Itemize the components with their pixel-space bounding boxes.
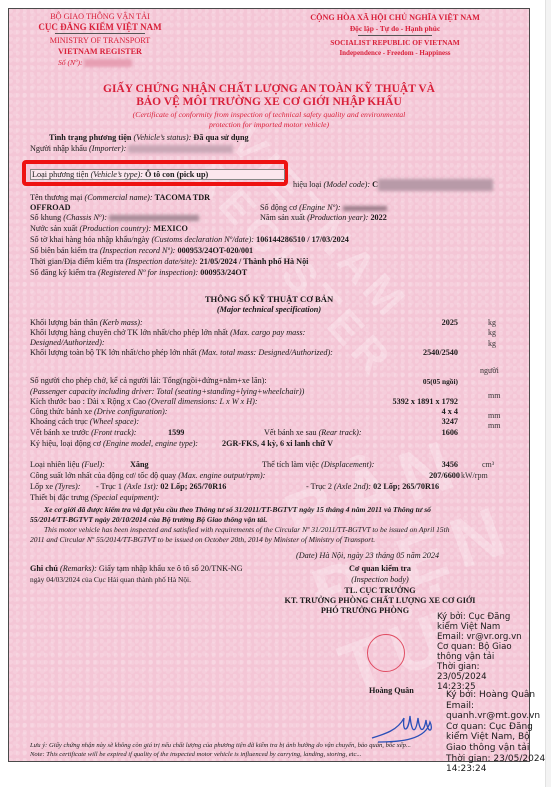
front-track-label: Vết bánh xe trước (Front track): bbox=[30, 428, 136, 437]
signer-name: Hoàng Quân bbox=[369, 686, 414, 695]
conformity-en-line2: 2011 and Circular Nº 55/2014/TT-BGTVT to… bbox=[30, 535, 375, 544]
dimension-value: 5392 x 1891 x 1792 bbox=[370, 397, 458, 406]
redacted-engine-number bbox=[343, 206, 387, 211]
total-mass-label: Khối lượng toàn bộ TK lớn nhất/cho phép … bbox=[30, 348, 333, 357]
department-en: VIETNAM REGISTER bbox=[40, 47, 160, 56]
wheel-space-label: Khoảng cách trục (Wheel space): bbox=[30, 417, 139, 426]
note-en: Note: This certificate will be expired i… bbox=[30, 751, 361, 758]
signatory-line1: TL. CỤC TRƯỞNG bbox=[300, 586, 460, 595]
certificate-subtitle-line1: (Certificate of conformity from inspecti… bbox=[8, 110, 530, 119]
drive-config-value: 4 x 4 bbox=[420, 407, 458, 416]
wheel-space-unit: mm bbox=[488, 411, 500, 420]
total-mass-unit: kg bbox=[488, 339, 496, 348]
model-code: hiệu loại (Model code): C bbox=[293, 179, 493, 191]
digital-signature-person: Ký bởi: Hoàng QuânEmail:quanh.vr@mt.gov.… bbox=[446, 690, 545, 775]
chassis-number: Số khung (Chassis Nº): bbox=[30, 213, 199, 222]
redacted-chassis-number bbox=[109, 215, 199, 221]
certificate-number: Số (Nº): bbox=[58, 58, 132, 67]
drive-config-label: Công thức bánh xe (Drive configuration): bbox=[30, 407, 167, 416]
motto-vn: Độc lập - Tự do - Hạnh phúc bbox=[290, 24, 500, 33]
passenger-unit: người bbox=[480, 366, 499, 375]
remarks: Ghi chú (Remarks): Giấy tạm nhập khẩu xe… bbox=[30, 564, 243, 573]
kerb-mass-unit: kg bbox=[488, 318, 496, 327]
redacted-model-code bbox=[378, 179, 493, 191]
customs-declaration: Số tờ khai hàng hóa nhập khẩu/ngày (Cust… bbox=[30, 235, 349, 244]
motto-en: Independence - Freedom - Happiness bbox=[290, 49, 500, 57]
note-vn: Lưu ý: Giấy chứng nhận này sẽ không còn … bbox=[30, 742, 411, 749]
rear-track-label: Vết bánh xe sau (Rear track): bbox=[264, 428, 362, 437]
engine-model-label: Ký hiệu, loại động cơ (Engine model, eng… bbox=[30, 439, 198, 448]
fuel-label: Loại nhiên liệu (Fuel): bbox=[30, 460, 105, 469]
official-stamp bbox=[367, 634, 405, 672]
conformity-en-line1: This motor vehicle has been inspected an… bbox=[44, 525, 450, 534]
spec-heading-en: (Major technical specification) bbox=[8, 305, 530, 314]
cargo-mass-label: Khối lượng hàng chuyên chở TK lớn nhất/c… bbox=[30, 328, 305, 337]
redacted-number bbox=[84, 59, 132, 67]
commercial-name-cont: OFFROAD bbox=[30, 203, 70, 212]
certificate-title-line2: BẢO VỆ MÔI TRƯỜNG XE CƠ GIỚI NHẬP KHẨU bbox=[8, 96, 530, 108]
digital-signature-org: Ký bởi: Cục Đăngkiểm Việt NamEmail: vr@v… bbox=[437, 612, 522, 692]
tyres-label: Lốp xe (Tyres): bbox=[30, 482, 80, 491]
conformity-vn-line2: 55/2014/TT-BGTVT ngày 20/10/2014 của Bộ … bbox=[30, 515, 267, 524]
displacement-unit: cm³ bbox=[482, 460, 494, 469]
dimension-label: Kích thước bao : Dài x Rộng x Cao (Overa… bbox=[30, 397, 258, 406]
department-vn: CỤC ĐĂNG KIỂM VIỆT NAM bbox=[28, 22, 172, 32]
divider bbox=[358, 35, 432, 36]
special-equipment-label: Thiết bị đặc trưng (Special equipment): bbox=[30, 493, 159, 502]
track-unit: mm bbox=[488, 421, 500, 430]
scrollbar[interactable] bbox=[545, 0, 551, 787]
inspection-date-site: Thời gian/Địa điểm kiểm tra (Inspection … bbox=[30, 257, 308, 266]
country-vn: CỘNG HÒA XÃ HỘI CHỦ NGHĨA VIỆT NAM bbox=[290, 13, 500, 22]
cargo-mass-label-cont: Designed/Authorized): bbox=[30, 338, 105, 347]
certificate-title-line1: GIẤY CHỨNG NHẬN CHẤT LƯỢNG AN TOÀN KỸ TH… bbox=[8, 83, 530, 95]
wheel-space-value: 3247 bbox=[420, 417, 458, 426]
total-mass-value: 2540/2540 bbox=[400, 348, 458, 357]
spec-heading: THÔNG SỐ KỸ THUẬT CƠ BẢN bbox=[8, 294, 530, 304]
ministry-vn: BỘ GIAO THÔNG VẬN TẢI bbox=[40, 12, 160, 21]
kerb-mass-value: 2025 bbox=[420, 318, 458, 327]
passenger-label: Số người cho phép chở, kể cả người lái: … bbox=[30, 376, 267, 385]
commercial-name: Tên thương mại (Commercial name): TACOMA… bbox=[30, 193, 210, 202]
redacted-importer bbox=[128, 145, 233, 153]
signatory-line3: PHÓ TRƯỞNG PHÒNG bbox=[300, 606, 430, 615]
fuel-value: Xăng bbox=[130, 460, 149, 469]
passenger-value: 05(05 ngồi) bbox=[400, 377, 458, 386]
vehicle-type: Loại phương tiện (Vehicle’s type): Ô tô … bbox=[32, 170, 208, 179]
production-country: Nước sản xuất (Production country): MEXI… bbox=[30, 224, 188, 233]
engine-number: Số động cơ (Engine Nº): bbox=[260, 203, 387, 212]
country-en: SOCIALIST REPUBLIC OF VIETNAM bbox=[290, 38, 500, 47]
passenger-label-en: (Passenger capacity including driver: To… bbox=[30, 387, 304, 396]
kerb-mass-label: Khối lượng bản thân (Kerb mass): bbox=[30, 318, 143, 327]
engine-output-value: 207/6600 bbox=[410, 471, 460, 480]
displacement-value: 3456 bbox=[420, 460, 458, 469]
divider bbox=[55, 33, 145, 34]
number-label: Số (Nº): bbox=[58, 58, 83, 67]
conformity-vn-line1: Xe cơ giới đã được kiểm tra và đạt yêu c… bbox=[44, 505, 431, 514]
displacement-label: Thể tích làm việc (Displacement): bbox=[262, 460, 374, 469]
engine-output-unit: kW/rpm bbox=[461, 471, 488, 480]
rear-track-value: 1606 bbox=[420, 428, 458, 437]
signatory-line2: KT. TRƯỞNG PHÒNG CHẤT LƯỢNG XE CƠ GIỚI bbox=[260, 596, 500, 605]
production-year: Năm sản xuất (Production year): 2022 bbox=[260, 213, 387, 222]
engine-output-label: Công suất lớn nhất của động cơ/ tốc độ q… bbox=[30, 471, 265, 480]
dimension-unit: mm bbox=[488, 391, 500, 400]
remarks-cont: ngày 04/03/2024 của Cục Hải quan thành p… bbox=[30, 575, 191, 584]
importer: Người nhập khẩu (Importer): bbox=[30, 144, 233, 153]
issue-date: (Date) Hà Nội, ngày 23 tháng 05 năm 2024 bbox=[296, 551, 439, 560]
axle2: - Trục 2 (Axle 2nd): 02 Lốp; 265/70R16 bbox=[306, 482, 439, 491]
ministry-en: MINISTRY OF TRANSPORT bbox=[40, 36, 160, 45]
certificate-subtitle-line2: protection for imported motor vehicle) bbox=[8, 120, 530, 129]
cargo-mass-unit: kg bbox=[488, 328, 496, 337]
registered-number: Số đăng ký kiểm tra (Registered Nº for i… bbox=[30, 268, 247, 277]
front-track-value: 1599 bbox=[168, 428, 184, 437]
inspection-body: Cơ quan kiểm tra bbox=[300, 564, 460, 573]
inspection-body-en: (Inspection body) bbox=[300, 575, 460, 584]
vehicle-status: Tình trạng phương tiện (Vehicle’s status… bbox=[49, 133, 249, 142]
axle1: - Trục 1 (Axle 1st): 02 Lốp; 265/70R16 bbox=[96, 482, 226, 491]
inspection-record: Số biên bản kiểm tra (Inspection record … bbox=[30, 246, 253, 255]
engine-model-value: 2GR-FKS, 4 kỳ, 6 xi lanh chữ V bbox=[222, 439, 333, 448]
